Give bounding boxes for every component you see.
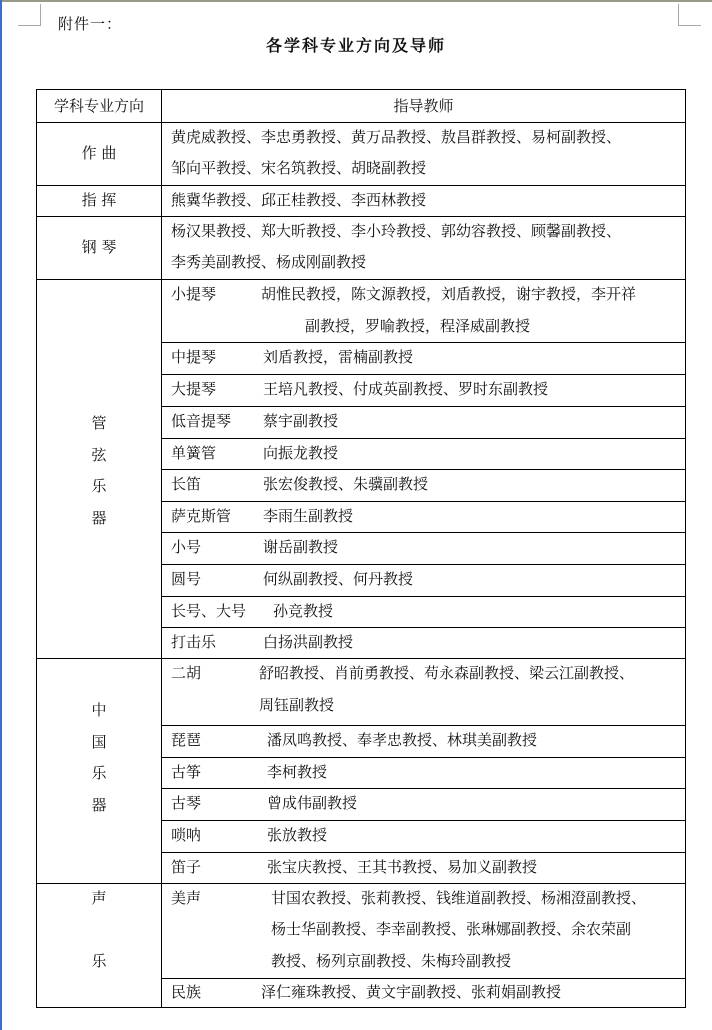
row-guzheng [161,757,685,758]
row-horn [161,564,685,565]
advisors-erhu-line2: 周钰副教授 [259,690,334,722]
advisors-viola: 刘盾教授，雷楠副教授 [263,342,413,374]
advisors-flute: 张宏俊教授、朱骥副教授 [263,469,428,501]
advisors-percussion: 白扬洪副教授 [263,627,353,659]
advisors-trumpet: 谢岳副教授 [263,532,338,564]
advisors-conducting: 熊冀华教授、邱正桂教授、李西林教授 [171,185,426,217]
instrument-cello: 大提琴 [171,374,216,406]
category-char: 器 [37,503,161,535]
instrument-folk: 民族 [171,978,201,1007]
category-char: 器 [37,790,161,822]
page-title: 各学科专业方向及导师 [0,33,712,56]
crop-mark-top-left [18,4,41,26]
advisors-bel-canto-line3: 教授、杨列京副教授、朱梅玲副教授 [271,946,511,978]
row-suona [161,820,685,821]
category-char: 乐 [37,946,161,978]
advisors-violin-line2: 副教授，罗喻教授，程泽威副教授 [305,311,530,343]
instrument-saxophone: 萨克斯管 [171,501,231,533]
advisors-bel-canto-line1: 甘国农教授、张莉教授、钱维道副教授、杨湘澄副教授、 [271,883,646,915]
instrument-erhu: 二胡 [171,658,201,690]
instrument-double-bass: 低音提琴 [171,406,231,438]
crop-mark-top-right [678,4,701,26]
instrument-horn: 圆号 [171,564,201,596]
instrument-suona: 唢呐 [171,820,201,852]
category-char: 国 [37,727,161,759]
row-trumpet [161,532,685,533]
category-orchestral: 管 弦 乐 器 [37,408,161,534]
advisors-composition-line2: 邹向平教授、宋名筑教授、胡晓副教授 [171,153,426,185]
window-top-edge [0,0,712,2]
instrument-flute: 长笛 [171,469,201,501]
category-char: 中 [37,695,161,727]
instrument-guqin: 古琴 [171,788,201,820]
instrument-clarinet: 单簧管 [171,438,216,470]
category-chinese: 中 国 乐 器 [37,695,161,821]
advisors-violin-line1: 胡惟民教授，陈文源教授，刘盾教授，谢宇教授，李开祥 [261,279,636,311]
instrument-pipa: 琵琶 [171,725,201,757]
instrument-bel-canto: 美声 [171,883,201,915]
window-left-edge [0,0,2,1030]
category-char: 乐 [37,471,161,503]
advisors-folk: 泽仁雍珠教授、黄文宇副教授、张莉娟副教授 [261,978,561,1007]
row-viola [161,342,685,343]
category-conducting: 指 挥 [37,185,161,216]
instrument-trombone-tuba: 长号、大号 [171,596,246,628]
advisors-piano-line2: 李秀美副教授、杨成刚副教授 [171,247,366,279]
category-char: 管 [37,408,161,440]
category-chinese-border [37,658,161,659]
category-orchestral-border [37,279,161,280]
category-char: 弦 [37,440,161,472]
instrument-violin: 小提琴 [171,279,216,311]
advisors-pipa: 潘凤鸣教授、奉孝忠教授、林琪美副教授 [267,725,537,757]
category-char: 乐 [37,758,161,790]
category-piano: 钢 琴 [37,216,161,279]
advisors-guzheng: 李柯教授 [267,757,327,789]
advisors-horn: 何纵副教授、何丹教授 [263,564,413,596]
instrument-percussion: 打击乐 [171,627,216,659]
advisors-cello: 王培凡教授、付成英副教授、罗时东副教授 [263,374,548,406]
instrument-guzheng: 古筝 [171,757,201,789]
advisors-dizi: 张宝庆教授、王其书教授、易加义副教授 [267,852,537,884]
instrument-viola: 中提琴 [171,342,216,374]
attachment-label: 附件一： [58,13,122,34]
header-advisors: 指导教师 [162,90,685,122]
advisors-guqin: 曾成伟副教授 [267,788,357,820]
advisors-bel-canto-line2: 杨士华副教授、李幸副教授、张琳娜副教授、余农荣副 [271,914,631,946]
row-double-bass [161,406,685,407]
category-vocal: 声 乐 [37,883,161,978]
advisors-trombone-tuba: 孙竞教授 [273,596,333,628]
row-saxophone [161,501,685,502]
advisors-clarinet: 向振龙教授 [263,438,338,470]
advisors-erhu-line1: 舒昭教授、肖前勇教授、苟永森副教授、梁云江副教授、 [259,658,634,690]
row-clarinet [161,438,685,439]
instrument-trumpet: 小号 [171,532,201,564]
advisors-suona: 张放教授 [267,820,327,852]
advisor-table: 学科专业方向 指导教师 作 曲 黄虎威教授、李忠勇教授、黄万品教授、敖昌群教授、… [36,89,686,1008]
instrument-dizi: 笛子 [171,852,201,884]
category-char: 声 [37,883,161,915]
advisors-saxophone: 李雨生副教授 [263,501,353,533]
advisors-double-bass: 蔡宇副教授 [263,406,338,438]
row-guqin [161,788,685,789]
category-composition: 作 曲 [37,122,161,185]
category-spacer [37,915,161,947]
advisors-piano-line1: 杨汉果教授、郑大昕教授、李小玲教授、郭幼容教授、顾馨副教授、 [171,216,621,248]
row-percussion [161,627,685,628]
advisors-composition-line1: 黄虎威教授、李忠勇教授、黄万品教授、敖昌群教授、易柯副教授、 [171,122,621,154]
header-direction: 学科专业方向 [37,90,161,122]
